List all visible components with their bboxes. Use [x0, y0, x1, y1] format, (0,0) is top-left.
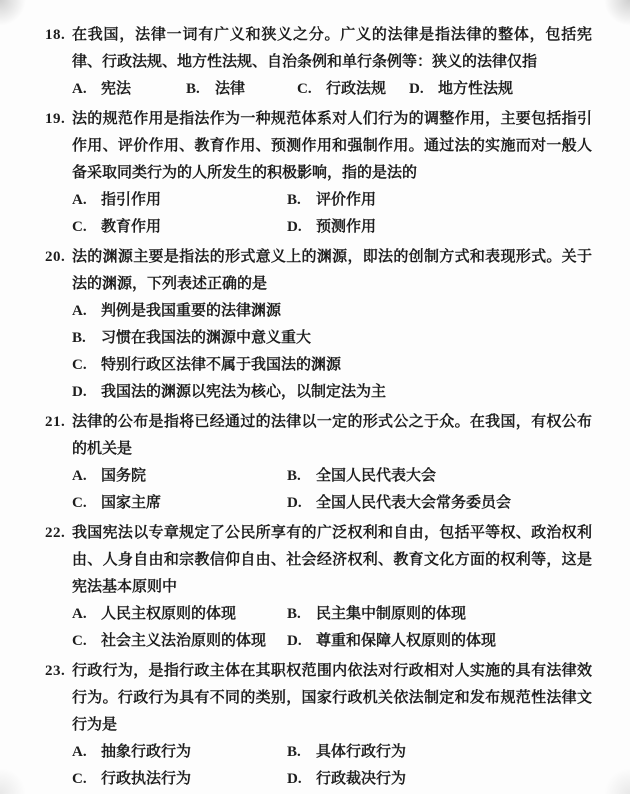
- option-text: 抽象行政行为: [101, 744, 191, 760]
- option-text: 人民主权原则的体现: [101, 606, 236, 622]
- question-number: 19.: [45, 106, 65, 133]
- option-label: A.: [72, 298, 101, 325]
- option-text: 判例是我国重要的法律渊源: [101, 303, 281, 319]
- question-20: 20. 法的渊源主要是指法的形式意义上的渊源，即法的创制方式和表现形式。关于我国…: [72, 244, 592, 406]
- option-label: B.: [186, 76, 215, 103]
- option-b: B.法律: [186, 76, 297, 103]
- option-label: B.: [287, 601, 316, 628]
- question-22: 22. 我国宪法以专章规定了公民所享有的广泛权利和自由，包括平等权、政治权利和自…: [72, 520, 592, 655]
- question-18: 18. 在我国，法律一词有广义和狭义之分。广义的法律是指法律的整体，包括宪法、法…: [72, 22, 592, 103]
- option-a: A.人民主权原则的体现: [72, 601, 287, 628]
- option-label: B.: [287, 187, 316, 214]
- option-text: 行政执法行为: [101, 771, 191, 787]
- option-c: C.特别行政区法律不属于我国法的渊源: [72, 357, 341, 373]
- option-label: A.: [72, 463, 101, 490]
- question-stem-line: 备采取同类行为的人所发生的积极影响，指的是法的: [72, 160, 592, 187]
- options-row: D.我国法的渊源以宪法为核心，以制定法为主: [72, 379, 592, 406]
- option-text: 地方性法规: [438, 81, 513, 97]
- option-text: 宪法: [101, 81, 131, 97]
- option-text: 法律: [215, 81, 245, 97]
- option-text: 社会主义法治原则的体现: [101, 633, 266, 649]
- option-d: D.我国法的渊源以宪法为核心，以制定法为主: [72, 384, 386, 400]
- option-text: 国家主席: [101, 495, 161, 511]
- option-label: A.: [72, 187, 101, 214]
- option-text: 国务院: [101, 468, 146, 484]
- question-stem-line: 行为。行政行为具有不同的类别，国家行政机关依法制定和发布规范性法律文件的: [72, 685, 592, 712]
- question-21: 21. 法律的公布是指将已经通过的法律以一定的形式公之于众。在我国，有权公布法律…: [72, 409, 592, 517]
- options-row: C.特别行政区法律不属于我国法的渊源: [72, 352, 592, 379]
- option-text: 具体行政行为: [316, 744, 406, 760]
- question-stem-line: 在我国，法律一词有广义和狭义之分。广义的法律是指法律的整体，包括宪法、法: [72, 22, 592, 49]
- question-stem-line: 律、行政法规、地方性法规、自治条例和单行条例等：狭义的法律仅指: [72, 49, 592, 76]
- option-text: 民主集中制原则的体现: [316, 606, 466, 622]
- question-number: 20.: [45, 244, 65, 271]
- option-label: D.: [72, 379, 101, 406]
- options-row: A.宪法 B.法律 C.行政法规 D.地方性法规: [72, 76, 592, 103]
- option-label: D.: [287, 628, 316, 655]
- question-stem-line: 由、人身自由和宗教信仰自由、社会经济权利、教育文化方面的权利等，这是我国: [72, 547, 592, 574]
- options-row: A.人民主权原则的体现 B.民主集中制原则的体现: [72, 601, 592, 628]
- option-label: C.: [72, 352, 101, 379]
- options-row: C.行政执法行为 D.行政裁决行为: [72, 766, 592, 793]
- option-d: D.全国人民代表大会常务委员会: [287, 490, 511, 517]
- option-d: D.预测作用: [287, 214, 376, 241]
- option-d: D.地方性法规: [409, 76, 592, 103]
- option-b: B.评价作用: [287, 187, 376, 214]
- question-23: 23. 行政行为，是指行政主体在其职权范围内依法对行政相对人实施的具有法律效力的…: [72, 658, 592, 793]
- options-row: C.社会主义法治原则的体现 D.尊重和保障人权原则的体现: [72, 628, 592, 655]
- question-stem-line: 行为是: [72, 712, 592, 739]
- option-text: 行政裁决行为: [316, 771, 406, 787]
- option-label: B.: [72, 325, 101, 352]
- options-row: A.抽象行政行为 B.具体行政行为: [72, 739, 592, 766]
- question-number: 22.: [45, 520, 65, 547]
- options-row: B.习惯在我国法的渊源中意义重大: [72, 325, 592, 352]
- option-label: A.: [72, 739, 101, 766]
- option-label: C.: [72, 766, 101, 793]
- question-stem-line: 我国宪法以专章规定了公民所享有的广泛权利和自由，包括平等权、政治权利和自: [72, 520, 592, 547]
- option-d: D.行政裁决行为: [287, 766, 406, 793]
- option-label: B.: [287, 463, 316, 490]
- option-label: C.: [72, 214, 101, 241]
- option-label: C.: [72, 490, 101, 517]
- option-text: 指引作用: [101, 192, 161, 208]
- option-d: D.尊重和保障人权原则的体现: [287, 628, 496, 655]
- option-text: 全国人民代表大会常务委员会: [316, 495, 511, 511]
- option-text: 预测作用: [316, 219, 376, 235]
- options-row: C.国家主席 D.全国人民代表大会常务委员会: [72, 490, 592, 517]
- option-a: A.指引作用: [72, 187, 287, 214]
- option-a: A.判例是我国重要的法律渊源: [72, 303, 281, 319]
- question-number: 21.: [45, 409, 65, 436]
- option-a: A.抽象行政行为: [72, 739, 287, 766]
- option-label: D.: [409, 76, 438, 103]
- option-text: 我国法的渊源以宪法为核心，以制定法为主: [101, 384, 386, 400]
- option-text: 评价作用: [316, 192, 376, 208]
- question-stem-line: 宪法基本原则中: [72, 574, 592, 601]
- options-row: A.判例是我国重要的法律渊源: [72, 298, 592, 325]
- option-b: B.具体行政行为: [287, 739, 406, 766]
- option-a: A.国务院: [72, 463, 287, 490]
- question-stem-line: 法的规范作用是指法作为一种规范体系对人们行为的调整作用，主要包括指引: [72, 106, 592, 133]
- option-text: 全国人民代表大会: [316, 468, 436, 484]
- option-text: 特别行政区法律不属于我国法的渊源: [101, 357, 341, 373]
- option-c: C.社会主义法治原则的体现: [72, 628, 287, 655]
- option-label: A.: [72, 601, 101, 628]
- question-number: 23.: [45, 658, 65, 685]
- option-c: C.教育作用: [72, 214, 287, 241]
- question-stem-line: 作用、评价作用、教育作用、预测作用和强制作用。通过法的实施而对一般人或准: [72, 133, 592, 160]
- question-number: 18.: [45, 22, 65, 49]
- option-c: C.国家主席: [72, 490, 287, 517]
- question-stem-line: 法的渊源主要是指法的形式意义上的渊源，即法的创制方式和表现形式。关于我国: [72, 244, 592, 271]
- option-c: C.行政法规: [297, 76, 409, 103]
- option-label: C.: [72, 628, 101, 655]
- question-19: 19. 法的规范作用是指法作为一种规范体系对人们行为的调整作用，主要包括指引 作…: [72, 106, 592, 241]
- option-text: 教育作用: [101, 219, 161, 235]
- options-row: A.指引作用 B.评价作用: [72, 187, 592, 214]
- option-text: 尊重和保障人权原则的体现: [316, 633, 496, 649]
- option-b: B.全国人民代表大会: [287, 463, 436, 490]
- option-c: C.行政执法行为: [72, 766, 287, 793]
- options-row: A.国务院 B.全国人民代表大会: [72, 463, 592, 490]
- question-stem-line: 行政行为，是指行政主体在其职权范围内依法对行政相对人实施的具有法律效力的: [72, 658, 592, 685]
- option-label: D.: [287, 766, 316, 793]
- option-text: 行政法规: [326, 81, 386, 97]
- option-text: 习惯在我国法的渊源中意义重大: [101, 330, 311, 346]
- option-b: B.习惯在我国法的渊源中意义重大: [72, 330, 311, 346]
- option-label: B.: [287, 739, 316, 766]
- option-label: D.: [287, 490, 316, 517]
- option-label: C.: [297, 76, 326, 103]
- option-a: A.宪法: [72, 76, 186, 103]
- exam-page: 18. 在我国，法律一词有广义和狭义之分。广义的法律是指法律的整体，包括宪法、法…: [0, 0, 630, 794]
- question-stem-line: 法律的公布是指将已经通过的法律以一定的形式公之于众。在我国，有权公布法律: [72, 409, 592, 436]
- options-row: C.教育作用 D.预测作用: [72, 214, 592, 241]
- question-stem-line: 法的渊源，下列表述正确的是: [72, 271, 592, 298]
- option-label: D.: [287, 214, 316, 241]
- question-stem-line: 的机关是: [72, 436, 592, 463]
- option-b: B.民主集中制原则的体现: [287, 601, 466, 628]
- option-label: A.: [72, 76, 101, 103]
